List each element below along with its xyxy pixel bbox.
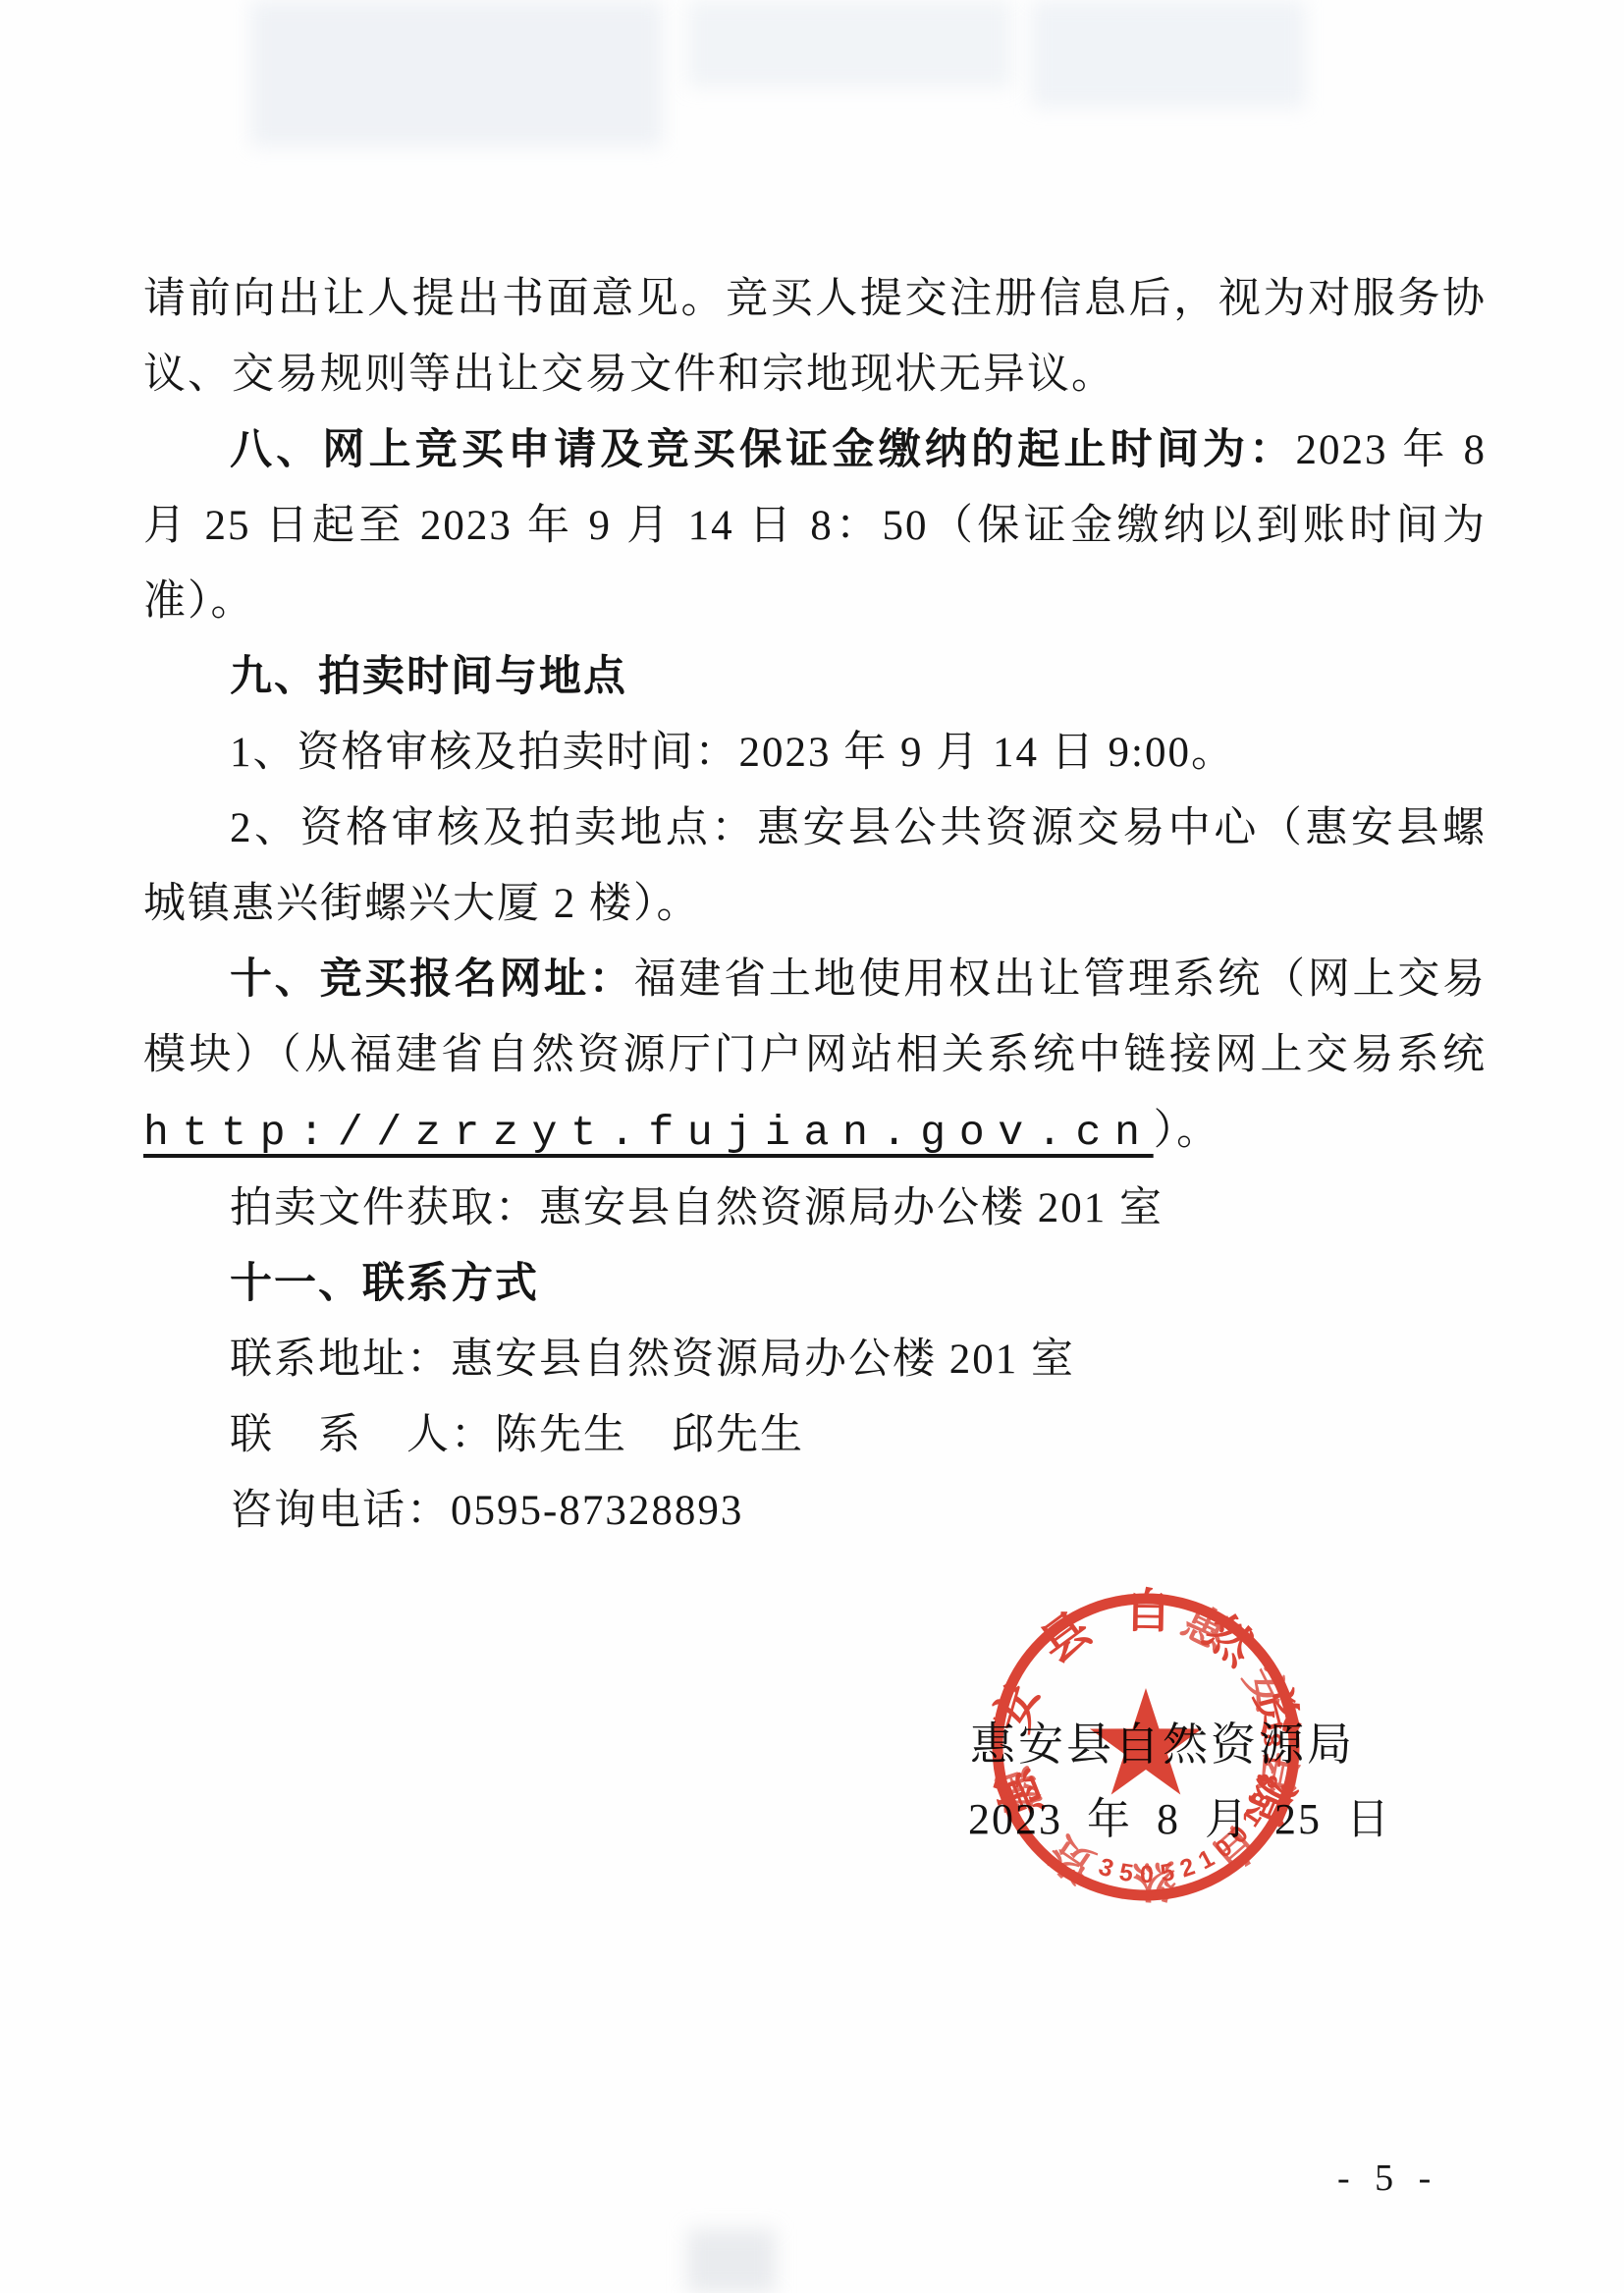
text-segment: 联 系 人：陈先生 邱先生: [230, 1412, 804, 1458]
paragraph: 联系地址：惠安县自然资源局办公楼 201 室: [143, 1322, 1487, 1397]
text-segment: 联系地址：惠安县自然资源局办公楼 201 室: [230, 1337, 1075, 1383]
text-segment: 十一、联系方式: [230, 1260, 539, 1307]
paragraph: 九、拍卖时间与地点: [143, 639, 1487, 715]
bleed-through-smudge: [250, 0, 663, 147]
paragraph: 咨询电话：0595-87328893: [143, 1473, 1487, 1549]
text-segment: 八、网上竞买申请及竞买保证金缴纳的起止时间为：: [230, 426, 1295, 473]
text-segment: 咨询电话：0595-87328893: [230, 1488, 743, 1534]
text-segment: 1、资格审核及拍卖时间：2023 年 9 月 14 日 9:00。: [230, 730, 1235, 776]
bleed-through-smudge: [687, 2229, 776, 2293]
text-segment: ）。: [1154, 1108, 1221, 1154]
paragraph: 八、网上竞买申请及竞买保证金缴纳的起止时间为：2023 年 8 月 25 日起至…: [143, 412, 1487, 639]
document-page: 请前向出让人提出书面意见。竞买人提交注册信息后，视为对服务协议、交易规则等出让交…: [0, 0, 1624, 2293]
paragraph: 1、资格审核及拍卖时间：2023 年 9 月 14 日 9:00。: [143, 715, 1487, 791]
paragraph: 十、竞买报名网址：福建省土地使用权出让管理系统（网上交易模块）（从福建省自然资源…: [143, 942, 1487, 1171]
official-seal: 惠安县自然资源局 惠安县自然资源局 3505210018818: [976, 1577, 1316, 1917]
link-url: http://zrzyt.fujian.gov.cn: [143, 1109, 1154, 1157]
seal-star-icon: [1090, 1688, 1202, 1795]
paragraph: 2、资格审核及拍卖地点：惠安县公共资源交易中心（惠安县螺城镇惠兴街螺兴大厦 2 …: [143, 791, 1487, 942]
text-segment: 拍卖文件获取：惠安县自然资源局办公楼 201 室: [230, 1185, 1164, 1231]
bleed-through-smudge: [687, 0, 1011, 88]
text-segment: 十、竞买报名网址：: [230, 955, 634, 1003]
paragraph: 拍卖文件获取：惠安县自然资源局办公楼 201 室: [143, 1171, 1487, 1246]
paragraph: 请前向出让人提出书面意见。竞买人提交注册信息后，视为对服务协议、交易规则等出让交…: [143, 261, 1487, 412]
page-number: - 5 -: [1337, 2157, 1438, 2200]
document-body: 请前向出让人提出书面意见。竞买人提交注册信息后，视为对服务协议、交易规则等出让交…: [143, 261, 1487, 1549]
paragraph: 十一、联系方式: [143, 1246, 1487, 1322]
text-segment: 2、资格审核及拍卖地点：惠安县公共资源交易中心（惠安县螺城镇惠兴街螺兴大厦 2 …: [143, 805, 1487, 927]
text-segment: 请前向出让人提出书面意见。竞买人提交注册信息后，视为对服务协议、交易规则等出让交…: [143, 276, 1487, 398]
bleed-through-smudge: [1031, 0, 1306, 108]
text-segment: 九、拍卖时间与地点: [230, 653, 627, 700]
paragraph: 联 系 人：陈先生 邱先生: [143, 1397, 1487, 1473]
